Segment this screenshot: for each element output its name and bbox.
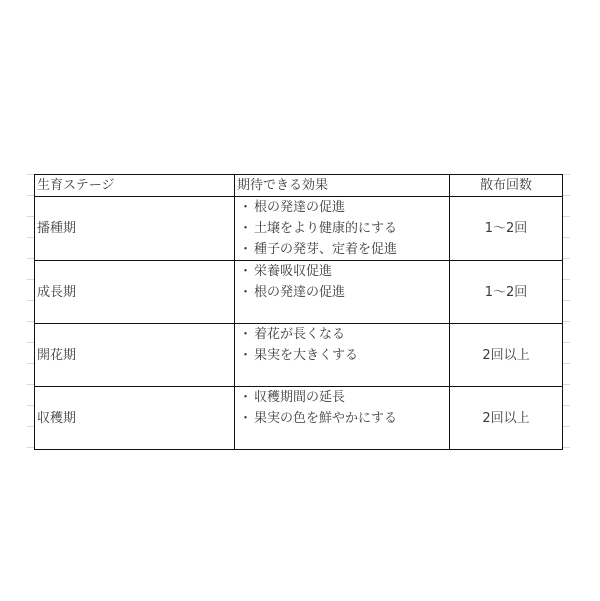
table-row: 播種期 ・根の発達の促進 ・土壌をより健康的にする ・種子の発芽、定着を促進 1… bbox=[35, 197, 563, 261]
gridline-stub bbox=[563, 195, 570, 196]
effect-item: ・栄養吸収促進 bbox=[237, 261, 449, 282]
effect-item: ・果実を大きくする bbox=[237, 345, 449, 366]
count-cell[interactable]: 1～2回 bbox=[450, 197, 563, 261]
header-stage[interactable]: 生育ステージ bbox=[35, 175, 235, 197]
gridline-stub bbox=[563, 216, 570, 217]
gridline-stub bbox=[27, 174, 34, 175]
bullet-icon: ・ bbox=[237, 387, 254, 408]
growth-stage-table: 生育ステージ 期待できる効果 散布回数 播種期 ・根の発達の促進 ・土壌をより健… bbox=[34, 174, 563, 450]
count-cell[interactable]: 2回以上 bbox=[450, 324, 563, 387]
gridline-stub bbox=[27, 237, 34, 238]
header-count[interactable]: 散布回数 bbox=[450, 175, 563, 197]
effect-text: 根の発達の促進 bbox=[254, 200, 345, 215]
bullet-icon: ・ bbox=[237, 324, 254, 345]
table-row: 収穫期 ・収穫期間の延長 ・果実の色を鮮やかにする 2回以上 bbox=[35, 387, 563, 450]
gridline-stub bbox=[27, 321, 34, 322]
gridline-stub bbox=[563, 321, 570, 322]
effect-item: ・着花が長くなる bbox=[237, 324, 449, 345]
effect-text: 着花が長くなる bbox=[254, 327, 345, 342]
effect-item: ・土壌をより健康的にする bbox=[237, 218, 449, 239]
gridline-stub bbox=[27, 216, 34, 217]
gridline-stub bbox=[563, 258, 570, 259]
gridline-stub bbox=[563, 237, 570, 238]
gridline-stub bbox=[27, 279, 34, 280]
table-row: 開花期 ・着花が長くなる ・果実を大きくする 2回以上 bbox=[35, 324, 563, 387]
stage-cell[interactable]: 収穫期 bbox=[35, 387, 235, 450]
stage-cell[interactable]: 開花期 bbox=[35, 324, 235, 387]
bullet-icon: ・ bbox=[237, 218, 254, 239]
gridline-stub bbox=[27, 447, 34, 448]
gridline-stub bbox=[563, 384, 570, 385]
effect-item: ・種子の発芽、定着を促進 bbox=[237, 239, 449, 260]
effect-item: ・収穫期間の延長 bbox=[237, 387, 449, 408]
table-row: 成長期 ・栄養吸収促進 ・根の発達の促進 1～2回 bbox=[35, 261, 563, 324]
effects-cell[interactable]: ・根の発達の促進 ・土壌をより健康的にする ・種子の発芽、定着を促進 bbox=[235, 197, 450, 261]
stage-cell[interactable]: 成長期 bbox=[35, 261, 235, 324]
gridline-stub bbox=[563, 279, 570, 280]
gridline-stub bbox=[563, 342, 570, 343]
gridline-stub bbox=[27, 426, 34, 427]
effect-text: 土壌をより健康的にする bbox=[254, 221, 397, 236]
effects-cell[interactable]: ・収穫期間の延長 ・果実の色を鮮やかにする bbox=[235, 387, 450, 450]
bullet-icon: ・ bbox=[237, 282, 254, 303]
header-effects[interactable]: 期待できる効果 bbox=[235, 175, 450, 197]
effect-item: ・根の発達の促進 bbox=[237, 282, 449, 303]
gridline-stub bbox=[27, 195, 34, 196]
effect-text: 収穫期間の延長 bbox=[254, 390, 345, 405]
effect-text: 果実の色を鮮やかにする bbox=[254, 411, 397, 426]
gridline-stub bbox=[563, 426, 570, 427]
effect-item: ・根の発達の促進 bbox=[237, 197, 449, 218]
count-cell[interactable]: 2回以上 bbox=[450, 387, 563, 450]
effect-item: ・果実の色を鮮やかにする bbox=[237, 408, 449, 429]
effects-cell[interactable]: ・栄養吸収促進 ・根の発達の促進 bbox=[235, 261, 450, 324]
effect-text: 根の発達の促進 bbox=[254, 285, 345, 300]
effect-text: 種子の発芽、定着を促進 bbox=[254, 242, 397, 257]
gridline-stub bbox=[27, 342, 34, 343]
spreadsheet-area: 生育ステージ 期待できる効果 散布回数 播種期 ・根の発達の促進 ・土壌をより健… bbox=[0, 0, 600, 601]
bullet-icon: ・ bbox=[237, 197, 254, 218]
stage-cell[interactable]: 播種期 bbox=[35, 197, 235, 261]
bullet-icon: ・ bbox=[237, 408, 254, 429]
header-row: 生育ステージ 期待できる効果 散布回数 bbox=[35, 175, 563, 197]
bullet-icon: ・ bbox=[237, 239, 254, 260]
gridline-stub bbox=[27, 405, 34, 406]
gridline-stub bbox=[27, 300, 34, 301]
bullet-icon: ・ bbox=[237, 261, 254, 282]
gridline-stub bbox=[563, 447, 570, 448]
gridline-stub bbox=[27, 258, 34, 259]
gridline-stub bbox=[563, 300, 570, 301]
bullet-icon: ・ bbox=[237, 345, 254, 366]
gridline-stub bbox=[27, 384, 34, 385]
gridline-stub bbox=[27, 363, 34, 364]
gridline-stub bbox=[563, 405, 570, 406]
effect-text: 果実を大きくする bbox=[254, 348, 358, 363]
effects-cell[interactable]: ・着花が長くなる ・果実を大きくする bbox=[235, 324, 450, 387]
count-cell[interactable]: 1～2回 bbox=[450, 261, 563, 324]
effect-text: 栄養吸収促進 bbox=[254, 264, 332, 279]
gridline-stub bbox=[563, 363, 570, 364]
gridline-stub bbox=[563, 174, 570, 175]
